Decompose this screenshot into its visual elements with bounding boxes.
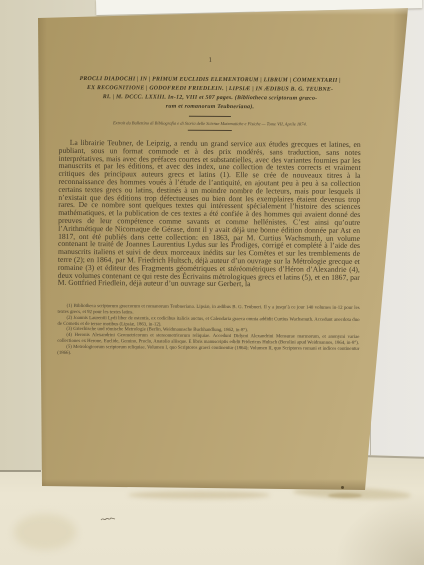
page-number: 1 <box>59 55 361 65</box>
table-stain <box>128 491 270 499</box>
divider-rule <box>188 130 232 131</box>
backdrop-table-seam-left <box>0 470 41 472</box>
table-corner-shadow <box>334 490 424 565</box>
title-block: PROCLI DIADOCHI | IN | PRIMUM EUCLIDIS E… <box>59 75 361 113</box>
booklet-front-page: 1 PROCLI DIADOCHI | IN | PRIMUM EUCLIDIS… <box>38 8 408 490</box>
table-stain <box>14 514 76 550</box>
page-content: 1 PROCLI DIADOCHI | IN | PRIMUM EUCLIDIS… <box>36 7 409 492</box>
paper-speck <box>341 486 344 489</box>
pencil-mark <box>100 510 116 528</box>
text-column: 1 PROCLI DIADOCHI | IN | PRIMUM EUCLIDIS… <box>57 55 361 358</box>
divider-rule <box>189 116 231 117</box>
footnotes-block: (1) Bibliotheca scriptorum graecorum et … <box>57 304 359 358</box>
photo-of-booklet: 1 PROCLI DIADOCHI | IN | PRIMUM EUCLIDIS… <box>0 0 424 565</box>
source-citation: Extrait du Bullettino di Bibliografia e … <box>59 120 361 127</box>
footnote: (5) Metrologicorum scriptorum reliquiae.… <box>57 345 359 359</box>
body-paragraph: La librairie Teubner, de Leipzig, a rend… <box>58 139 361 289</box>
table-stain <box>328 493 362 498</box>
